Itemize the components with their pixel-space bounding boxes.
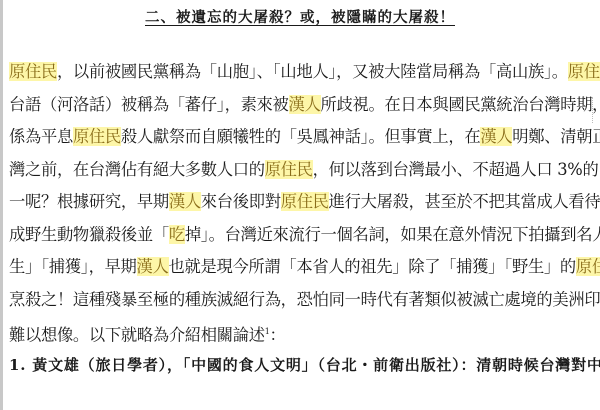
paragraph: 原住民，以前被國民黨稱為「山胞」、「山地人」，又被大陸當局稱為「高山族」。原住民… — [9, 62, 593, 355]
text-segment: 來台後即對 — [201, 192, 281, 211]
page-left-border — [0, 0, 3, 410]
text-segment: 難以想像。以下就略為介紹相關論述 — [9, 325, 265, 344]
text-line: 難以想像。以下就略為介紹相關論述1： — [9, 322, 593, 355]
text-segment: 進行大屠殺，甚至於不把其當成人看待，而是當 — [329, 192, 600, 211]
text-line: 台語（河洛話）被稱為「蕃仔」，素來被漢人所歧視。在日本與國民黨統治台灣時期，竟有… — [9, 95, 593, 128]
text-segment: ： — [270, 325, 286, 344]
text-segment: 生」「捕獲」，早期 — [9, 257, 137, 276]
highlighted-term: 漢人 — [480, 127, 512, 146]
highlighted-term: 原住民 — [73, 127, 121, 146]
highlighted-term: 原住民 — [265, 160, 313, 179]
text-segment: 所歧視。在日本與國民黨統治台灣時期，竟有吳鳳 — [321, 95, 600, 114]
highlighted-term: 漢人 — [169, 192, 201, 211]
text-segment: 烹殺之！這種殘暴至極的種族滅絕行為，恐怕同一時代有著類似被滅亡處境的美洲印地安人… — [9, 290, 600, 309]
text-line: 烹殺之！這種殘暴至極的種族滅絕行為，恐怕同一時代有著類似被滅亡處境的美洲印地安人… — [9, 290, 593, 323]
text-line: 灣之前，在台灣佔有絕大多數人口的原住民，何以落到台灣最小、不超過人口 3%的四大… — [9, 160, 593, 193]
reference-item-1: 1. 黃文雄（旅日學者），「中國的食人文明」（台北・前衛出版社）：清朝時候台灣對… — [9, 355, 593, 388]
highlighted-term: 吃 — [169, 225, 185, 244]
text-line: 係為平息原住民殺人獻祭而自願犧牲的「吳鳳神話」。但事實上，在漢人明鄭、清朝正式統… — [9, 127, 593, 160]
highlighted-term: 原住民 — [568, 62, 600, 81]
highlighted-term: 原住民 — [9, 62, 57, 81]
text-segment: 成野生動物獵殺後並「 — [9, 225, 169, 244]
text-segment: 灣之前，在台灣佔有絕大多數人口的 — [9, 160, 265, 179]
text-segment: ，以前被國民黨稱為「山胞」、「山地人」，又被大陸當局稱為「高山族」。 — [57, 62, 568, 81]
text-line: 原住民，以前被國民黨稱為「山胞」、「山地人」，又被大陸當局稱為「高山族」。原住民… — [9, 62, 593, 95]
text-segment: ，何以落到台灣最小、不超過人口 3%的四大族群之 — [313, 160, 600, 179]
text-line: 一呢？根據研究，早期漢人來台後即對原住民進行大屠殺，甚至於不把其當成人看待，而是… — [9, 192, 593, 225]
text-segment: 台語（河洛話）被稱為「蕃仔」，素來被 — [9, 95, 289, 114]
text-segment: 殺人獻祭而自願犧牲的「吳鳳神話」。但事實上，在 — [121, 127, 480, 146]
text-segment: 一呢？根據研究，早期 — [9, 192, 169, 211]
text-segment: 明鄭、清朝正式統治台 — [512, 127, 600, 146]
section-title: 二、被遺忘的大屠殺？或，被隱瞞的大屠殺！ — [0, 6, 600, 27]
text-segment: 也就是現今所謂「本省人的祖先」除了「捕獲」「野生」的 — [169, 257, 576, 276]
document-body: 原住民，以前被國民黨稱為「山胞」、「山地人」，又被大陸當局稱為「高山族」。原住民… — [9, 62, 593, 387]
text-line: 成野生動物獵殺後並「吃掉」。台灣近來流行一個名詞，如果在意外情況下拍攝到名人稱之… — [9, 225, 593, 258]
highlighted-term: 漢人 — [289, 95, 321, 114]
highlighted-term: 原住民 — [281, 192, 329, 211]
text-segment: 係為平息 — [9, 127, 73, 146]
text-segment: 掉」。台灣近來流行一個名詞，如果在意外情況下拍攝到名人稱之為「野 — [185, 225, 600, 244]
section-title-text: 二、被遺忘的大屠殺？或，被隱瞞的大屠殺！ — [145, 9, 455, 26]
highlighted-term: 漢人 — [137, 257, 169, 276]
highlighted-term: 原住民 — [576, 257, 600, 276]
text-line: 生」「捕獲」，早期漢人也就是現今所謂「本省人的祖先」除了「捕獲」「野生」的原住民… — [9, 257, 593, 290]
